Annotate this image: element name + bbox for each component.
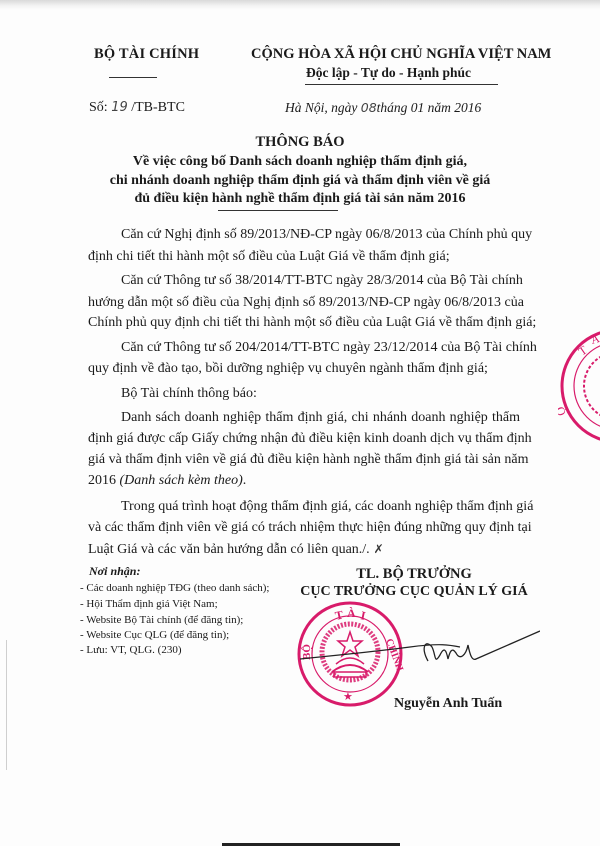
recipient-item: - Lưu: VT, QLG. (230) [80, 644, 181, 656]
subject-line: đủ điều kiện hành nghề thẩm định giá tài… [0, 190, 600, 209]
signer-position: CỤC TRƯỞNG CỤC QUẢN LÝ GIÁ [0, 584, 600, 600]
body-line: hướng dẫn một số điều của Nghị định số 8… [88, 294, 520, 312]
body-line: 2016 (Danh sách kèm theo). [88, 472, 520, 490]
body-line: giá và thẩm định viên về giá đủ điều kiệ… [88, 451, 520, 469]
body-line: định chi tiết thi hành một số điều của L… [88, 248, 520, 266]
partial-seal-icon: T A I Ộ [558, 326, 600, 446]
scan-top-shadow [0, 0, 600, 10]
body-line: Luật Giá và các văn bản hướng dẫn có liê… [88, 540, 520, 558]
recipient-item: - Website Bộ Tài chính (để đăng tin); [80, 614, 243, 626]
body-text: . [243, 473, 247, 488]
body-line: Trong quá trình hoạt động thẩm định giá,… [121, 498, 520, 516]
subject-line: Về việc công bố Danh sách doanh nghiệp t… [0, 153, 600, 172]
svg-text:★: ★ [343, 690, 353, 703]
attachment-note: (Danh sách kèm theo) [120, 473, 243, 488]
body-line: Căn cứ Nghị định số 89/2013/NĐ-CP ngày 0… [121, 226, 520, 244]
doc-number-prefix: Số: [89, 100, 108, 115]
motto-underline [305, 84, 498, 85]
agency-underline [109, 77, 157, 78]
body-line: Danh sách doanh nghiệp thẩm định giá, ch… [121, 409, 520, 427]
handwritten-signature-icon [300, 625, 540, 685]
svg-text:T: T [576, 342, 591, 358]
body-line: Chính phủ quy định chi tiết thi hành một… [88, 314, 520, 332]
day-handwritten: 08 [361, 100, 377, 115]
place-date: Hà Nội, ngày 08tháng 01 năm 2016 [285, 100, 481, 116]
body-line: và các thẩm định viên về giá có trách nh… [88, 519, 520, 537]
body-text: Luật Giá và các văn bản hướng dẫn có liê… [88, 542, 370, 557]
svg-text:À: À [347, 606, 356, 620]
signer-authority: TL. BỘ TRƯỞNG [0, 566, 600, 583]
svg-text:I: I [359, 608, 367, 623]
body-line: Căn cứ Thông tư số 204/2014/TT-BTC ngày … [121, 339, 520, 357]
scanned-document-page: BỘ TÀI CHÍNH Số: 19 /TB-BTC CỘNG HÒA XÃ … [0, 0, 600, 846]
document-subject: Về việc công bố Danh sách doanh nghiệp t… [0, 153, 600, 209]
initial-mark-icon: ✗ [374, 542, 384, 556]
body-line: Bộ Tài chính thông báo: [121, 385, 520, 403]
subject-line: chi nhánh doanh nghiệp thẩm định giá và … [0, 172, 600, 191]
scan-left-edge [6, 640, 7, 770]
document-type-title: THÔNG BÁO [0, 134, 600, 151]
signer-name: Nguyễn Anh Tuấn [394, 696, 502, 712]
national-motto: Độc lập - Tự do - Hạnh phúc [306, 65, 471, 81]
body-line: Căn cứ Thông tư số 38/2014/TT-BTC ngày 2… [121, 272, 520, 290]
body-line: định giá được cấp Giấy chứng nhận đủ điề… [88, 430, 520, 448]
body-text: 2016 [88, 473, 116, 488]
document-number: Số: 19 /TB-BTC [89, 100, 185, 116]
doc-number-suffix: /TB-BTC [131, 100, 185, 115]
body-line: quy định về đào tạo, bồi dưỡng nghiệp vụ… [88, 360, 520, 378]
place-date-prefix: Hà Nội, ngày [285, 100, 357, 115]
svg-text:T: T [334, 608, 345, 623]
subject-underline [218, 210, 338, 211]
national-title: CỘNG HÒA XÃ HỘI CHỦ NGHĨA VIỆT NAM [251, 46, 551, 63]
place-date-suffix: tháng 01 năm 2016 [377, 100, 482, 115]
issuing-agency: BỘ TÀI CHÍNH [94, 46, 199, 63]
doc-number-handwritten: 19 [111, 100, 128, 115]
recipient-item: - Website Cục QLG (để đăng tin); [80, 629, 229, 641]
